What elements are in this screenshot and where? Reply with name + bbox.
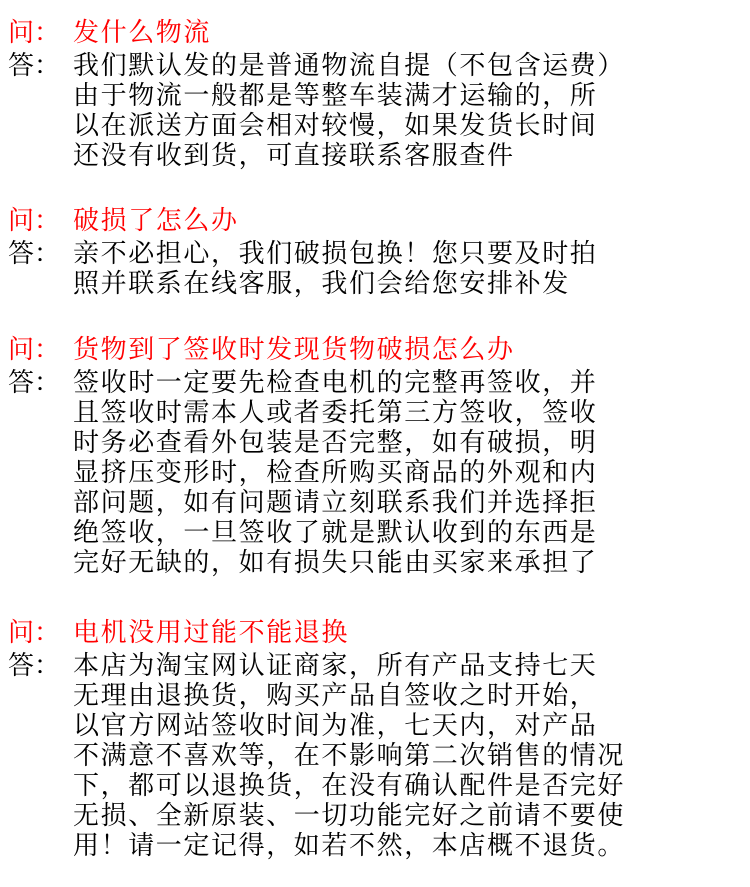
answer-line: 部问题，如有问题请立刻联系我们并选择拒 — [73, 488, 597, 518]
answer-label: 答： — [8, 51, 73, 81]
question-text: 发什么物流 — [73, 18, 211, 48]
answer-label: 答： — [8, 239, 73, 269]
answer-line: 亲不必担心，我们破损包换！您只要及时拍 — [73, 239, 597, 269]
question-row: 问： 发什么物流 — [8, 18, 750, 48]
answer-line: 且签收时需本人或者委托第三方签收，签收 — [73, 398, 597, 428]
answer-line: 用！请一定记得，如若不然，本店概不退货。 — [73, 831, 625, 861]
faq-item-returns: 问： 电机没用过能不能退换 答： 本店为淘宝网认证商家，所有产品支持七天 无理由… — [8, 618, 750, 861]
answer-row: 答： 本店为淘宝网认证商家，所有产品支持七天 无理由退换货，购买产品自签收之时开… — [8, 651, 750, 861]
answer-line: 签收时一定要先检查电机的完整再签收，并 — [73, 368, 597, 398]
answer-line: 完好无缺的，如有损失只能由买家来承担了 — [73, 548, 597, 578]
answer-text: 签收时一定要先检查电机的完整再签收，并 且签收时需本人或者委托第三方签收，签收 … — [73, 368, 597, 578]
answer-label: 答： — [8, 651, 73, 681]
answer-line: 不满意不喜欢等，在不影响第二次销售的情况 — [73, 741, 625, 771]
answer-line: 照并联系在线客服，我们会给您安排补发 — [73, 269, 597, 299]
answer-text: 我们默认发的是普通物流自提（不包含运费） 由于物流一般都是等整车装满才运输的，所… — [73, 51, 625, 171]
answer-text: 亲不必担心，我们破损包换！您只要及时拍 照并联系在线客服，我们会给您安排补发 — [73, 239, 597, 299]
answer-line: 下，都可以退换货，在没有确认配件是否完好 — [73, 771, 625, 801]
answer-line: 我们默认发的是普通物流自提（不包含运费） — [73, 51, 625, 81]
question-text: 破损了怎么办 — [73, 206, 239, 236]
answer-row: 答： 亲不必担心，我们破损包换！您只要及时拍 照并联系在线客服，我们会给您安排补… — [8, 239, 750, 299]
answer-line: 还没有收到货，可直接联系客服查件 — [73, 141, 625, 171]
answer-line: 由于物流一般都是等整车装满才运输的，所 — [73, 81, 625, 111]
question-row: 问： 电机没用过能不能退换 — [8, 618, 750, 648]
answer-line: 本店为淘宝网认证商家，所有产品支持七天 — [73, 651, 625, 681]
question-row: 问： 货物到了签收时发现货物破损怎么办 — [8, 335, 750, 365]
question-text: 电机没用过能不能退换 — [73, 618, 349, 648]
answer-row: 答： 我们默认发的是普通物流自提（不包含运费） 由于物流一般都是等整车装满才运输… — [8, 51, 750, 171]
faq-item-damage: 问： 破损了怎么办 答： 亲不必担心，我们破损包换！您只要及时拍 照并联系在线客… — [8, 206, 750, 299]
question-text: 货物到了签收时发现货物破损怎么办 — [73, 335, 515, 365]
faq-item-delivery-damage: 问： 货物到了签收时发现货物破损怎么办 答： 签收时一定要先检查电机的完整再签收… — [8, 335, 750, 578]
answer-line: 以在派送方面会相对较慢，如果发货长时间 — [73, 111, 625, 141]
answer-line: 时务必查看外包装是否完整，如有破损，明 — [73, 428, 597, 458]
answer-text: 本店为淘宝网认证商家，所有产品支持七天 无理由退换货，购买产品自签收之时开始， … — [73, 651, 625, 861]
answer-line: 绝签收，一旦签收了就是默认收到的东西是 — [73, 518, 597, 548]
question-label: 问： — [8, 206, 73, 236]
answer-line: 无理由退换货，购买产品自签收之时开始， — [73, 681, 625, 711]
question-row: 问： 破损了怎么办 — [8, 206, 750, 236]
answer-line: 以官方网站签收时间为准，七天内，对产品 — [73, 711, 625, 741]
answer-line: 显挤压变形时，检查所购买商品的外观和内 — [73, 458, 597, 488]
question-label: 问： — [8, 335, 73, 365]
answer-line: 无损、全新原装、一切功能完好之前请不要使 — [73, 801, 625, 831]
answer-label: 答： — [8, 368, 73, 398]
faq-item-shipping: 问： 发什么物流 答： 我们默认发的是普通物流自提（不包含运费） 由于物流一般都… — [8, 18, 750, 171]
question-label: 问： — [8, 18, 73, 48]
question-label: 问： — [8, 618, 73, 648]
answer-row: 答： 签收时一定要先检查电机的完整再签收，并 且签收时需本人或者委托第三方签收，… — [8, 368, 750, 578]
